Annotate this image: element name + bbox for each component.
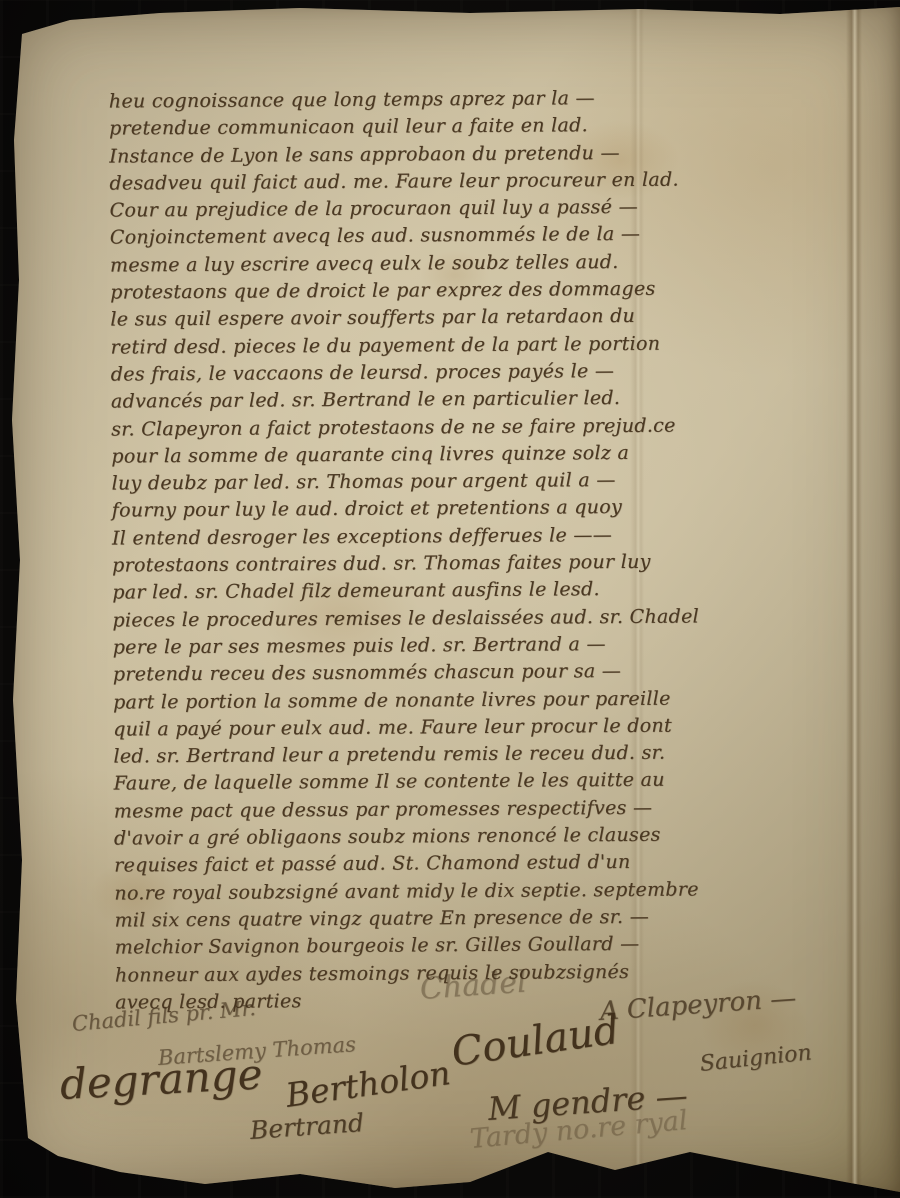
- signature-sauignion: Sauignion: [699, 1040, 813, 1077]
- signature-coulaud: Coulaud: [449, 1007, 622, 1076]
- signature-chadel-flourish: Chadel: [419, 965, 528, 1007]
- manuscript-photo: heu cognoissance que long temps aprez pa…: [0, 0, 900, 1198]
- manuscript-paper-sheet: heu cognoissance que long temps aprez pa…: [0, 0, 900, 1198]
- right-fold-crease: [846, 6, 862, 1192]
- signature-bertrand: Bertrand: [249, 1108, 365, 1145]
- manuscript-text-block: heu cognoissance que long temps aprez pa…: [109, 83, 843, 1016]
- signature-degrange: degrange: [59, 1049, 264, 1109]
- signature-bertholon: Bertholon: [283, 1053, 452, 1115]
